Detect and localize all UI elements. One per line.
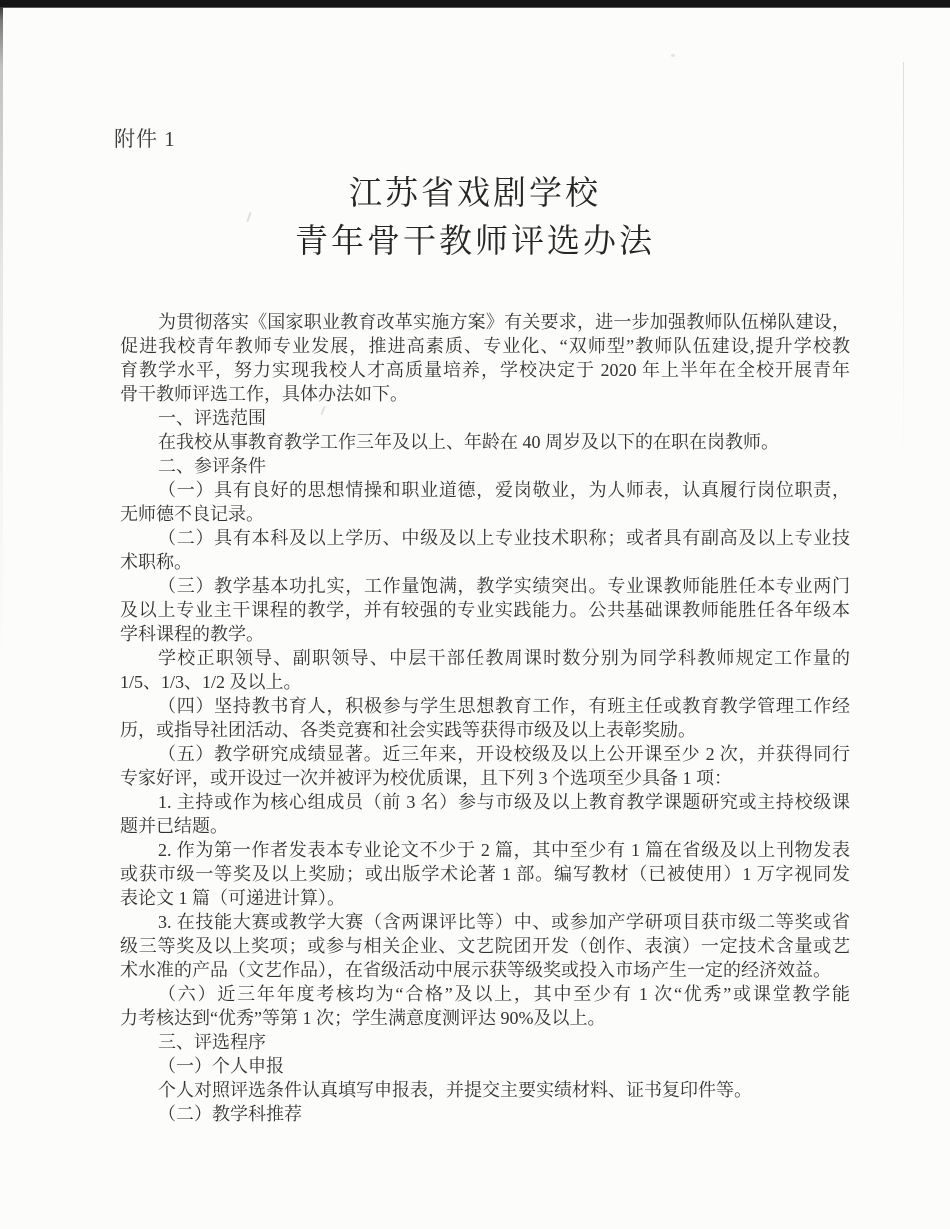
document-line: 促进我校青年教师专业发展，推进高素质、专业化、“双师型”教师队伍建设,提升学校教 xyxy=(120,334,850,358)
document-line: （一）具有良好的思想情操和职业道德，爱岗敬业，为人师表，认真履行岗位职责， xyxy=(120,478,850,502)
document-line: （二）具有本科及以上学历、中级及以上专业技术职称；或者具有副高及以上专业技 xyxy=(120,526,850,550)
document-line: 术水准的产品（文艺作品），在省级活动中展示获等级奖或投入市场产生一定的经济效益。 xyxy=(120,958,850,982)
document-line: 或获市级一等奖及以上奖励；或出版学术论著 1 部。编写教材（已被使用）1 万字视… xyxy=(120,862,850,886)
scan-left-edge-shadow xyxy=(0,7,3,667)
document-line: 2. 作为第一作者发表本专业论文不少于 2 篇，其中至少有 1 篇在省级及以上刊… xyxy=(120,838,850,862)
document-line: 及以上专业主干课程的教学，并有较强的专业实践能力。公共基础课教师能胜任各年级本 xyxy=(120,598,850,622)
document-line: 为贯彻落实《国家职业教育改革实施方案》有关要求，进一步加强教师队伍梯队建设， xyxy=(120,310,850,334)
scan-right-artifact-line xyxy=(903,62,904,462)
title-line-2: 青年骨干教师评选办法 xyxy=(110,218,840,266)
document-line: 术职称。 xyxy=(120,550,850,574)
document-line: 一、评选范围 xyxy=(120,406,850,430)
document-line: 题并已结题。 xyxy=(120,814,850,838)
document-line: 力考核达到“优秀”等第 1 次；学生满意度测评达 90%及以上。 xyxy=(120,1006,850,1030)
document-line: （一）个人申报 xyxy=(120,1054,850,1078)
document-line: 学校正职领导、副职领导、中层干部任教周课时数分别为同学科教师规定工作量的 xyxy=(120,646,850,670)
scan-top-edge xyxy=(0,0,950,8)
document-line: （三）教学基本功扎实，工作量饱满，教学实绩突出。专业课教师能胜任本专业两门 xyxy=(120,574,850,598)
document-line: 育教学水平，努力实现我校人才高质量培养，学校决定于 2020 年上半年在全校开展… xyxy=(120,358,850,382)
document-line: 在我校从事教育教学工作三年及以上、年龄在 40 周岁及以下的在职在岗教师。 xyxy=(120,430,850,454)
document-body: 为贯彻落实《国家职业教育改革实施方案》有关要求，进一步加强教师队伍梯队建设，促进… xyxy=(120,310,850,1126)
document-line: （四）坚持教书育人，积极参与学生思想教育工作，有班主任或教育教学管理工作经 xyxy=(120,694,850,718)
document-line: 级三等奖及以上奖项；或参与相关企业、文艺院团开发（创作、表演）一定技术含量或艺 xyxy=(120,934,850,958)
document-line: 专家好评，或开设过一次并被评为校优质课，且下列 3 个选项至少具备 1 项： xyxy=(120,766,850,790)
document-line: 1. 主持或作为核心组成员（前 3 名）参与市级及以上教育教学课题研究或主持校级… xyxy=(120,790,850,814)
document-title: 江苏省戏剧学校 青年骨干教师评选办法 xyxy=(110,170,840,266)
document-line: 骨干教师评选工作，具体办法如下。 xyxy=(120,382,850,406)
document-line: 学科课程的教学。 xyxy=(120,622,850,646)
document-line: 历，或指导社团活动、各类竞赛和社会实践等获得市级及以上表彰奖励。 xyxy=(120,718,850,742)
attachment-label: 附件 1 xyxy=(114,126,176,152)
document-line: 三、评选程序 xyxy=(120,1030,850,1054)
document-line: 3. 在技能大赛或教学大赛（含两课评比等）中、或参加产学研项目获市级二等奖或省 xyxy=(120,910,850,934)
document-line: 个人对照评选条件认真填写申报表，并提交主要实绩材料、证书复印件等。 xyxy=(120,1078,850,1102)
title-line-1: 江苏省戏剧学校 xyxy=(110,170,840,218)
scan-speck xyxy=(671,54,675,57)
scanned-document-page: 附件 1 江苏省戏剧学校 青年骨干教师评选办法 为贯彻落实《国家职业教育改革实施… xyxy=(0,0,950,1229)
document-line: 表论文 1 篇（可递进计算）。 xyxy=(120,886,850,910)
document-line: 无师德不良记录。 xyxy=(120,502,850,526)
document-line: 1/5、1/3、1/2 及以上。 xyxy=(120,670,850,694)
document-line: 二、参评条件 xyxy=(120,454,850,478)
document-line: （六）近三年年度考核均为“合格”及以上，其中至少有 1 次“优秀”或课堂教学能 xyxy=(120,982,850,1006)
document-line: （二）教学科推荐 xyxy=(120,1102,850,1126)
document-line: （五）教学研究成绩显著。近三年来，开设校级及以上公开课至少 2 次，并获得同行 xyxy=(120,742,850,766)
